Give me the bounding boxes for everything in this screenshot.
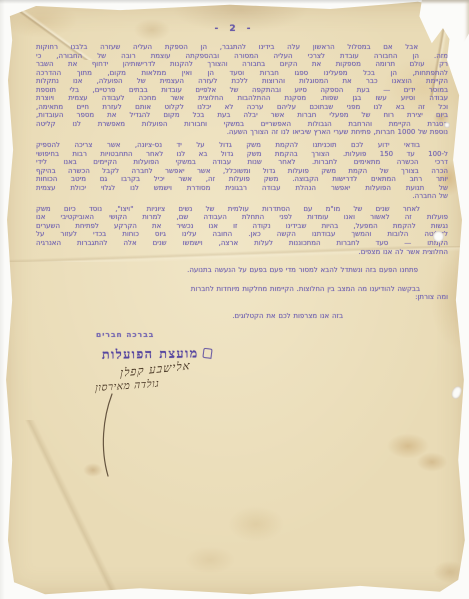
text-line: רק עולם תרומה מספקות את הקיום בחבורה והצ… [36,60,448,69]
text-block: אבל אם במסלול הראשון עלה בידינו להתגבר, … [36,43,448,330]
paragraph: בבקשה להודיענו מה המצב בין החלוצות. הקיי… [36,285,448,302]
text-line: החלוצית אשר לה אנו מצפים. [36,248,448,257]
stamp-emblem-icon [202,348,212,359]
text-line: ל-100 עד 150 פועלות. הצורך בהקמת משק גדו… [36,150,448,159]
closing-salutation: בברכה חברים [96,330,154,339]
text-line: ומה צורתן: [36,293,448,302]
text-line: פועלות זה לאשור ואנו עומדות לפני התחלת ה… [36,213,448,222]
page-number: - 2 - [0,24,469,34]
paragraph: פתחנו הפעם בזה ונשתדל להבא למסור מדי פעם… [36,266,448,275]
paragraph: אבל אם במסלול הראשון עלה בידינו להתגבר, … [36,43,448,137]
text-line: לקליטה הלובות והמשך עבודתנו הקשה כאן. הח… [36,230,448,239]
text-line: בודאי ידוע לכם תוכניתנו להקמת משק גדול ע… [36,141,448,150]
text-line: ביום יצירת רוח של מפעלי חברות אשר יבלה ב… [36,111,448,120]
text-line: לאחר שנים של מו"מ עם הסתדרות עולמית של נ… [36,205,448,214]
signature-flourish-stroke [96,392,136,482]
letter-paper: - 2 - אבל אם במסלול הראשון עלה בידינו לה… [0,0,469,599]
text-line: יותר רחב המתאים לדרישות הקבוצה. משק פועל… [36,175,448,184]
text-line: הקיימת הוצאנו כבר את המסוגלות והרוצות לל… [36,77,448,86]
text-line: מזה. הן החבורה עובדת לצרכי העליה המסורה … [36,52,448,61]
text-line: הסגרת הקיימת והרחבת הגבולות האפשריים במש… [36,120,448,129]
paragraph: לאחר שנים של מו"מ עם הסתדרות עולמית של נ… [36,205,448,256]
pin-hole [444,122,450,128]
text-line: נוספת של 1000 חברות, פתיחת שערי הארץ שיב… [36,128,448,137]
text-line: אבל אם במסלול הראשון עלה בידינו להתגבר, … [36,43,448,52]
text-line: הכרה בצורך של הקמת משק פועלות גדול ומשוכ… [36,167,448,176]
text-line: במוסר ידים — בעת הספקה סיוע ובהתקפה של א… [36,86,448,95]
text-line: של החברה. [36,192,448,201]
text-line: וכל זה בא לנו מפני שבתוכם עליהם ערכה לא … [36,103,448,112]
organization-stamp: מועצת הפועלות [102,345,212,363]
paragraph: בזה אנו מצרפות לכם את הקטלוגים. [36,312,448,321]
punch-hole [433,231,444,242]
text-line: להתפתחות, הן בכל מפעלינו ספגו חברות וסעד… [36,69,448,78]
text-line: בבקשה להודיענו מה המצב בין החלוצות. הקיי… [36,285,448,294]
paragraph: בודאי ידוע לכם תוכניתנו להקמת משק גדול ע… [36,141,448,201]
text-line: הקמתו — סעד לחברות המתכוננות לעלות ארצה,… [36,239,448,248]
text-line: דרכי הכשרה מתאימים לחברות. לאחר שנות עבו… [36,158,448,167]
text-line: עבודה וסיוע עשו בגן שפות. מסקנת ההתלהבות… [36,94,448,103]
text-line: של תנועת הפועלות יאפשר הנהלת עבודה רבגונ… [36,184,448,193]
text-line: פתחנו הפעם בזה ונשתדל להבא למסור מדי פעם… [36,266,448,275]
text-line: בזה אנו מצרפות לכם את הקטלוגים. [36,312,448,321]
text-line: נגשות להקמת המפעל, בהיות שבידינו נקודה ז… [36,222,448,231]
